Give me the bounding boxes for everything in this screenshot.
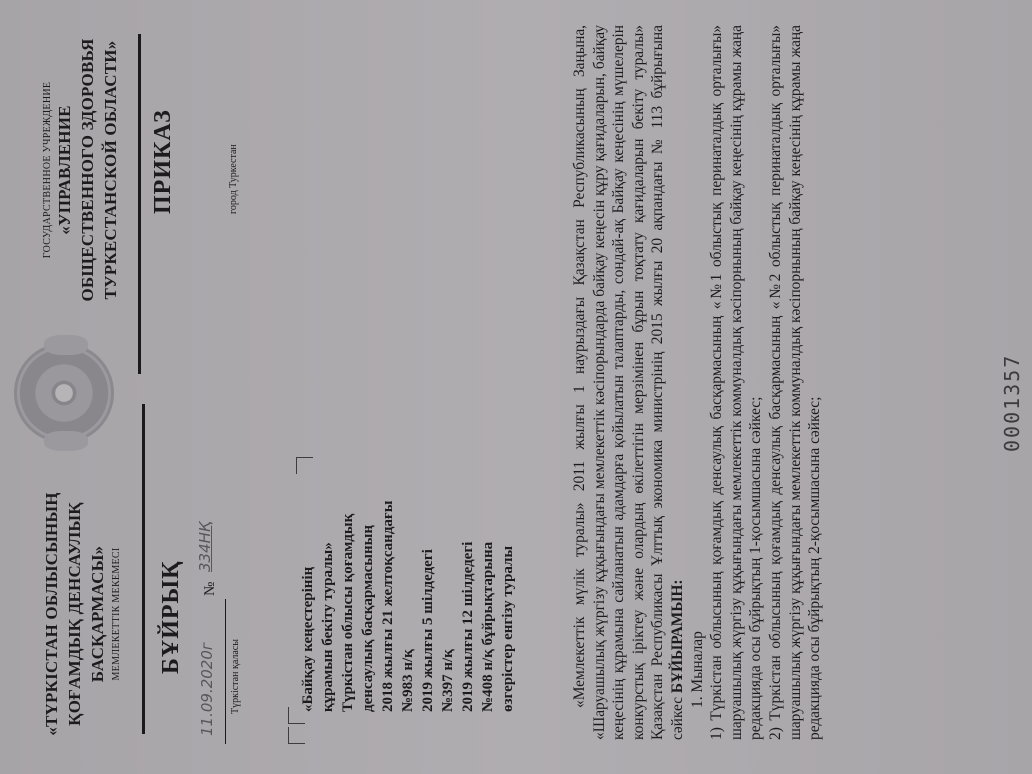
order-number-handwritten: 334НҚ	[196, 521, 214, 572]
order-subject: «Байқау кеңестерінің құрамын бекіту тура…	[298, 472, 518, 712]
org-name-ru-line-2: ОБЩЕСТВЕННОГО ЗДОРОВЬЯ	[76, 30, 99, 310]
org-name-kk-line-1: «ТҮРКІСТАН ОБЛЫСЫНЫҢ	[40, 484, 63, 744]
city-kk: Түркістан қаласы	[230, 639, 241, 714]
header-rule-right	[138, 34, 141, 374]
org-type-ru: ГОСУДАРСТВЕННОЕ УЧРЕЖДЕНИЕ	[42, 30, 53, 310]
doc-title-ru: ПРИКАЗ	[150, 109, 177, 214]
serial-number: 0001357	[1000, 354, 1024, 452]
org-name-kk-line-2: ҚОҒАМДЫҚ ДЕНСАУЛЫҚ	[63, 484, 86, 744]
order-number-label: №	[202, 582, 219, 596]
subject-line: 2019 жылғы 12 шілдедегі	[458, 472, 478, 712]
subject-line: 2018 жылғы 21 желтоқсандағы	[378, 472, 398, 712]
state-emblem-icon	[14, 343, 114, 443]
subject-line: құрамын бекіту туралы»	[318, 472, 338, 712]
subject-bracket-corner	[288, 727, 305, 744]
subject-line: өзгерістер енгізу туралы	[498, 472, 518, 712]
emblem-wing-left	[44, 431, 88, 451]
subject-line: денсаулық басқармасының	[358, 472, 378, 712]
header-rule-left	[142, 404, 145, 734]
emblem-wing-right	[44, 335, 88, 355]
header-russian: ГОСУДАРСТВЕННОЕ УЧРЕЖДЕНИЕ «УПРАВЛЕНИЕ О…	[40, 30, 122, 310]
photo-background: «ТҮРКІСТАН ОБЛЫСЫНЫҢ ҚОҒАМДЫҚ ДЕНСАУЛЫҚ …	[0, 0, 1032, 774]
order-word: БҰЙЫРАМЫН:	[669, 579, 686, 693]
org-name-ru-line-3: ТУРКЕСТАНСКОЙ ОБЛАСТИ»	[99, 30, 122, 310]
city-ru: город Туркестан	[228, 144, 239, 214]
subject-line: №983 н/қ	[398, 472, 418, 712]
item-1-1: 1) Түркістан облысының қоғамдық денсаулы…	[707, 25, 766, 740]
document-page: «ТҮРКІСТАН ОБЛЫСЫНЫҢ ҚОҒАМДЫҚ ДЕНСАУЛЫҚ …	[0, 0, 1032, 774]
order-body: «Мемлекеттік мүлік туралы» 2011 жылғы 1 …	[570, 25, 825, 740]
org-name-kk-line-3: БАСҚАРМАСЫ»	[86, 484, 109, 744]
preamble-paragraph: «Мемлекеттік мүлік туралы» 2011 жылғы 1 …	[570, 25, 688, 740]
subject-line: Түркістан облысы қоғамдық	[338, 472, 358, 712]
org-name-ru-line-1: «УПРАВЛЕНИЕ	[53, 30, 76, 310]
item-1-heading: 1. Мыналар	[688, 25, 708, 740]
doc-title-kk: БҰЙРЫҚ	[158, 561, 185, 675]
org-type-kk: МЕМЛЕКЕТТІК МЕКЕМЕСІ	[111, 484, 122, 744]
subject-line: «Байқау кеңестерінің	[298, 472, 318, 712]
subject-line: №397 н/қ	[438, 472, 458, 712]
order-date-handwritten: 11.09.2020г	[198, 642, 216, 736]
header-kazakh: «ТҮРКІСТАН ОБЛЫСЫНЫҢ ҚОҒАМДЫҚ ДЕНСАУЛЫҚ …	[40, 484, 122, 744]
subject-line: 2019 жылғы 5 шілдедегі	[418, 472, 438, 712]
item-1-2: 2) Түркістан облысының қоғамдық денсаулы…	[766, 25, 825, 740]
subject-line: №408 н/қ бұйрықтарына	[478, 472, 498, 712]
